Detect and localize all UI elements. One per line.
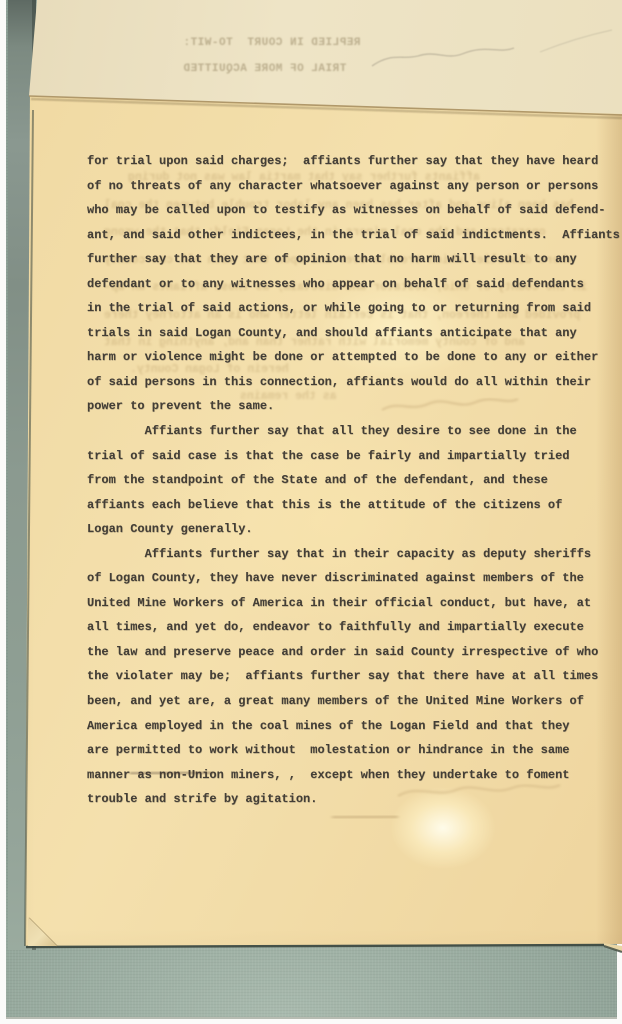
bleedthrough-line: TRIAL OF MORE ACQUITTED [183, 62, 346, 76]
typed-line: of no threats of any character whatsoeve… [87, 174, 622, 199]
typed-line: who may be called upon to testify as wit… [87, 198, 622, 223]
typed-line: trial of said case is that the case be f… [87, 444, 622, 469]
typed-line: the law and preserve peace and order in … [87, 640, 622, 665]
affidavit-page: affiants further say that martia law was… [0, 0, 622, 1024]
typed-line: Affiants further say that all they desir… [87, 419, 622, 444]
typed-line: all times, and yet do, endeavor to faith… [87, 615, 622, 640]
typed-line: Logan County generally. [87, 517, 622, 542]
typed-line: manner as non-Union miners, , except whe… [87, 763, 622, 788]
typed-line: trouble and strife by agitation. [87, 787, 622, 812]
typed-line: for trial upon said charges; affiants fu… [87, 149, 622, 174]
typed-line: from the standpoint of the State and of … [87, 468, 622, 493]
bleedthrough-line: REPLIED IN COURT TO-WIT: [183, 36, 361, 50]
typed-line: in the trial of said actions, or while g… [87, 296, 622, 321]
typed-line: ant, and said other indictees, in the tr… [87, 223, 622, 248]
typed-line: the violater may be; affiants further sa… [87, 664, 622, 689]
typed-line: America employed in the coal mines of th… [87, 714, 622, 739]
typed-text-block: for trial upon said charges; affiants fu… [87, 149, 622, 812]
typed-line: harm or violence might be done or attemp… [87, 345, 622, 370]
typed-line: Affiants further say that in their capac… [87, 542, 622, 567]
typed-line: further say that they are of opinion tha… [87, 247, 622, 272]
typed-line: are permitted to work without molestatio… [87, 738, 622, 763]
typed-line: defendant or to any witnesses who appear… [87, 272, 622, 297]
typed-line: power to prevent the same. [87, 394, 622, 419]
typed-line: trials in said Logan County, and should … [87, 321, 622, 346]
scanned-document-photo: affiants further say that martia law was… [0, 0, 622, 1024]
typed-line: United Mine Workers of America in their … [87, 591, 622, 616]
typed-line: of Logan County, they have never discrim… [87, 566, 622, 591]
typed-line: affiants each believe that this is the a… [87, 493, 622, 518]
typed-line: of said persons in this connection, affi… [87, 370, 622, 395]
typed-line: been, and yet are, a great many members … [87, 689, 622, 714]
